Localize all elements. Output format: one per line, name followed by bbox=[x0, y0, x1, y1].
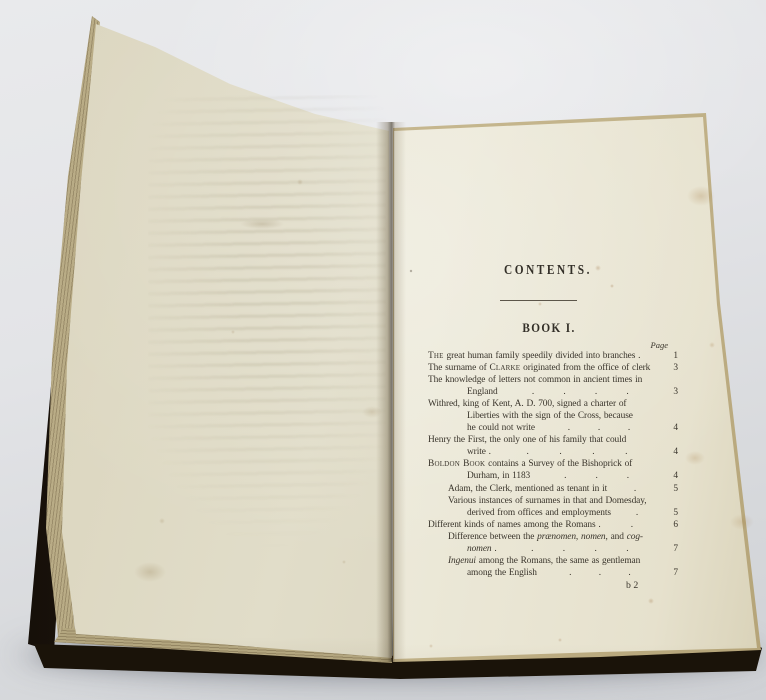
right-page-print: CONTENTS. BOOK I. Page The great human f… bbox=[0, 0, 766, 700]
toc-line: Boldon Book contains a Survey of the Bis… bbox=[428, 458, 678, 470]
toc-line: Various instances of surnames in that an… bbox=[428, 495, 678, 507]
toc-line: Adam, the Clerk, mentioned as tenant in … bbox=[428, 483, 678, 495]
toc-line: Liberties with the sign of the Cross, be… bbox=[428, 410, 678, 422]
toc-line: England....3 bbox=[428, 386, 678, 398]
toc-line: he could not write...4 bbox=[428, 422, 678, 434]
toc-line: nomen .....7 bbox=[428, 543, 678, 555]
toc-line: The knowledge of letters not common in a… bbox=[428, 374, 678, 386]
toc-line: among the English...7 bbox=[428, 567, 678, 579]
signature-mark: b 2 bbox=[428, 580, 678, 591]
page-column-label: Page bbox=[600, 340, 668, 350]
toc-line: The great human family speedily divided … bbox=[428, 350, 678, 362]
divider-rule bbox=[500, 300, 577, 301]
toc-line: derived from offices and employments.5 bbox=[428, 507, 678, 519]
toc-line: Different kinds of names among the Roman… bbox=[428, 519, 678, 531]
toc-line: The surname of Clarke originated from th… bbox=[428, 362, 678, 374]
toc-line: write .....4 bbox=[428, 446, 678, 458]
toc-line: Henry the First, the only one of his fam… bbox=[428, 434, 678, 446]
toc-line: Durham, in 1183...4 bbox=[428, 470, 678, 482]
toc-line: Withred, king of Kent, A. D. 700, signed… bbox=[428, 398, 678, 410]
book-photo: CONTENTS. BOOK I. Page The great human f… bbox=[0, 0, 766, 700]
contents-heading: CONTENTS. bbox=[498, 262, 599, 278]
book-i-heading: BOOK I. bbox=[500, 321, 599, 336]
toc-list: The great human family speedily divided … bbox=[428, 350, 678, 579]
toc-line: Difference between the prænomen, nomen, … bbox=[428, 531, 678, 543]
toc-line: Ingenui among the Romans, the same as ge… bbox=[428, 555, 678, 567]
